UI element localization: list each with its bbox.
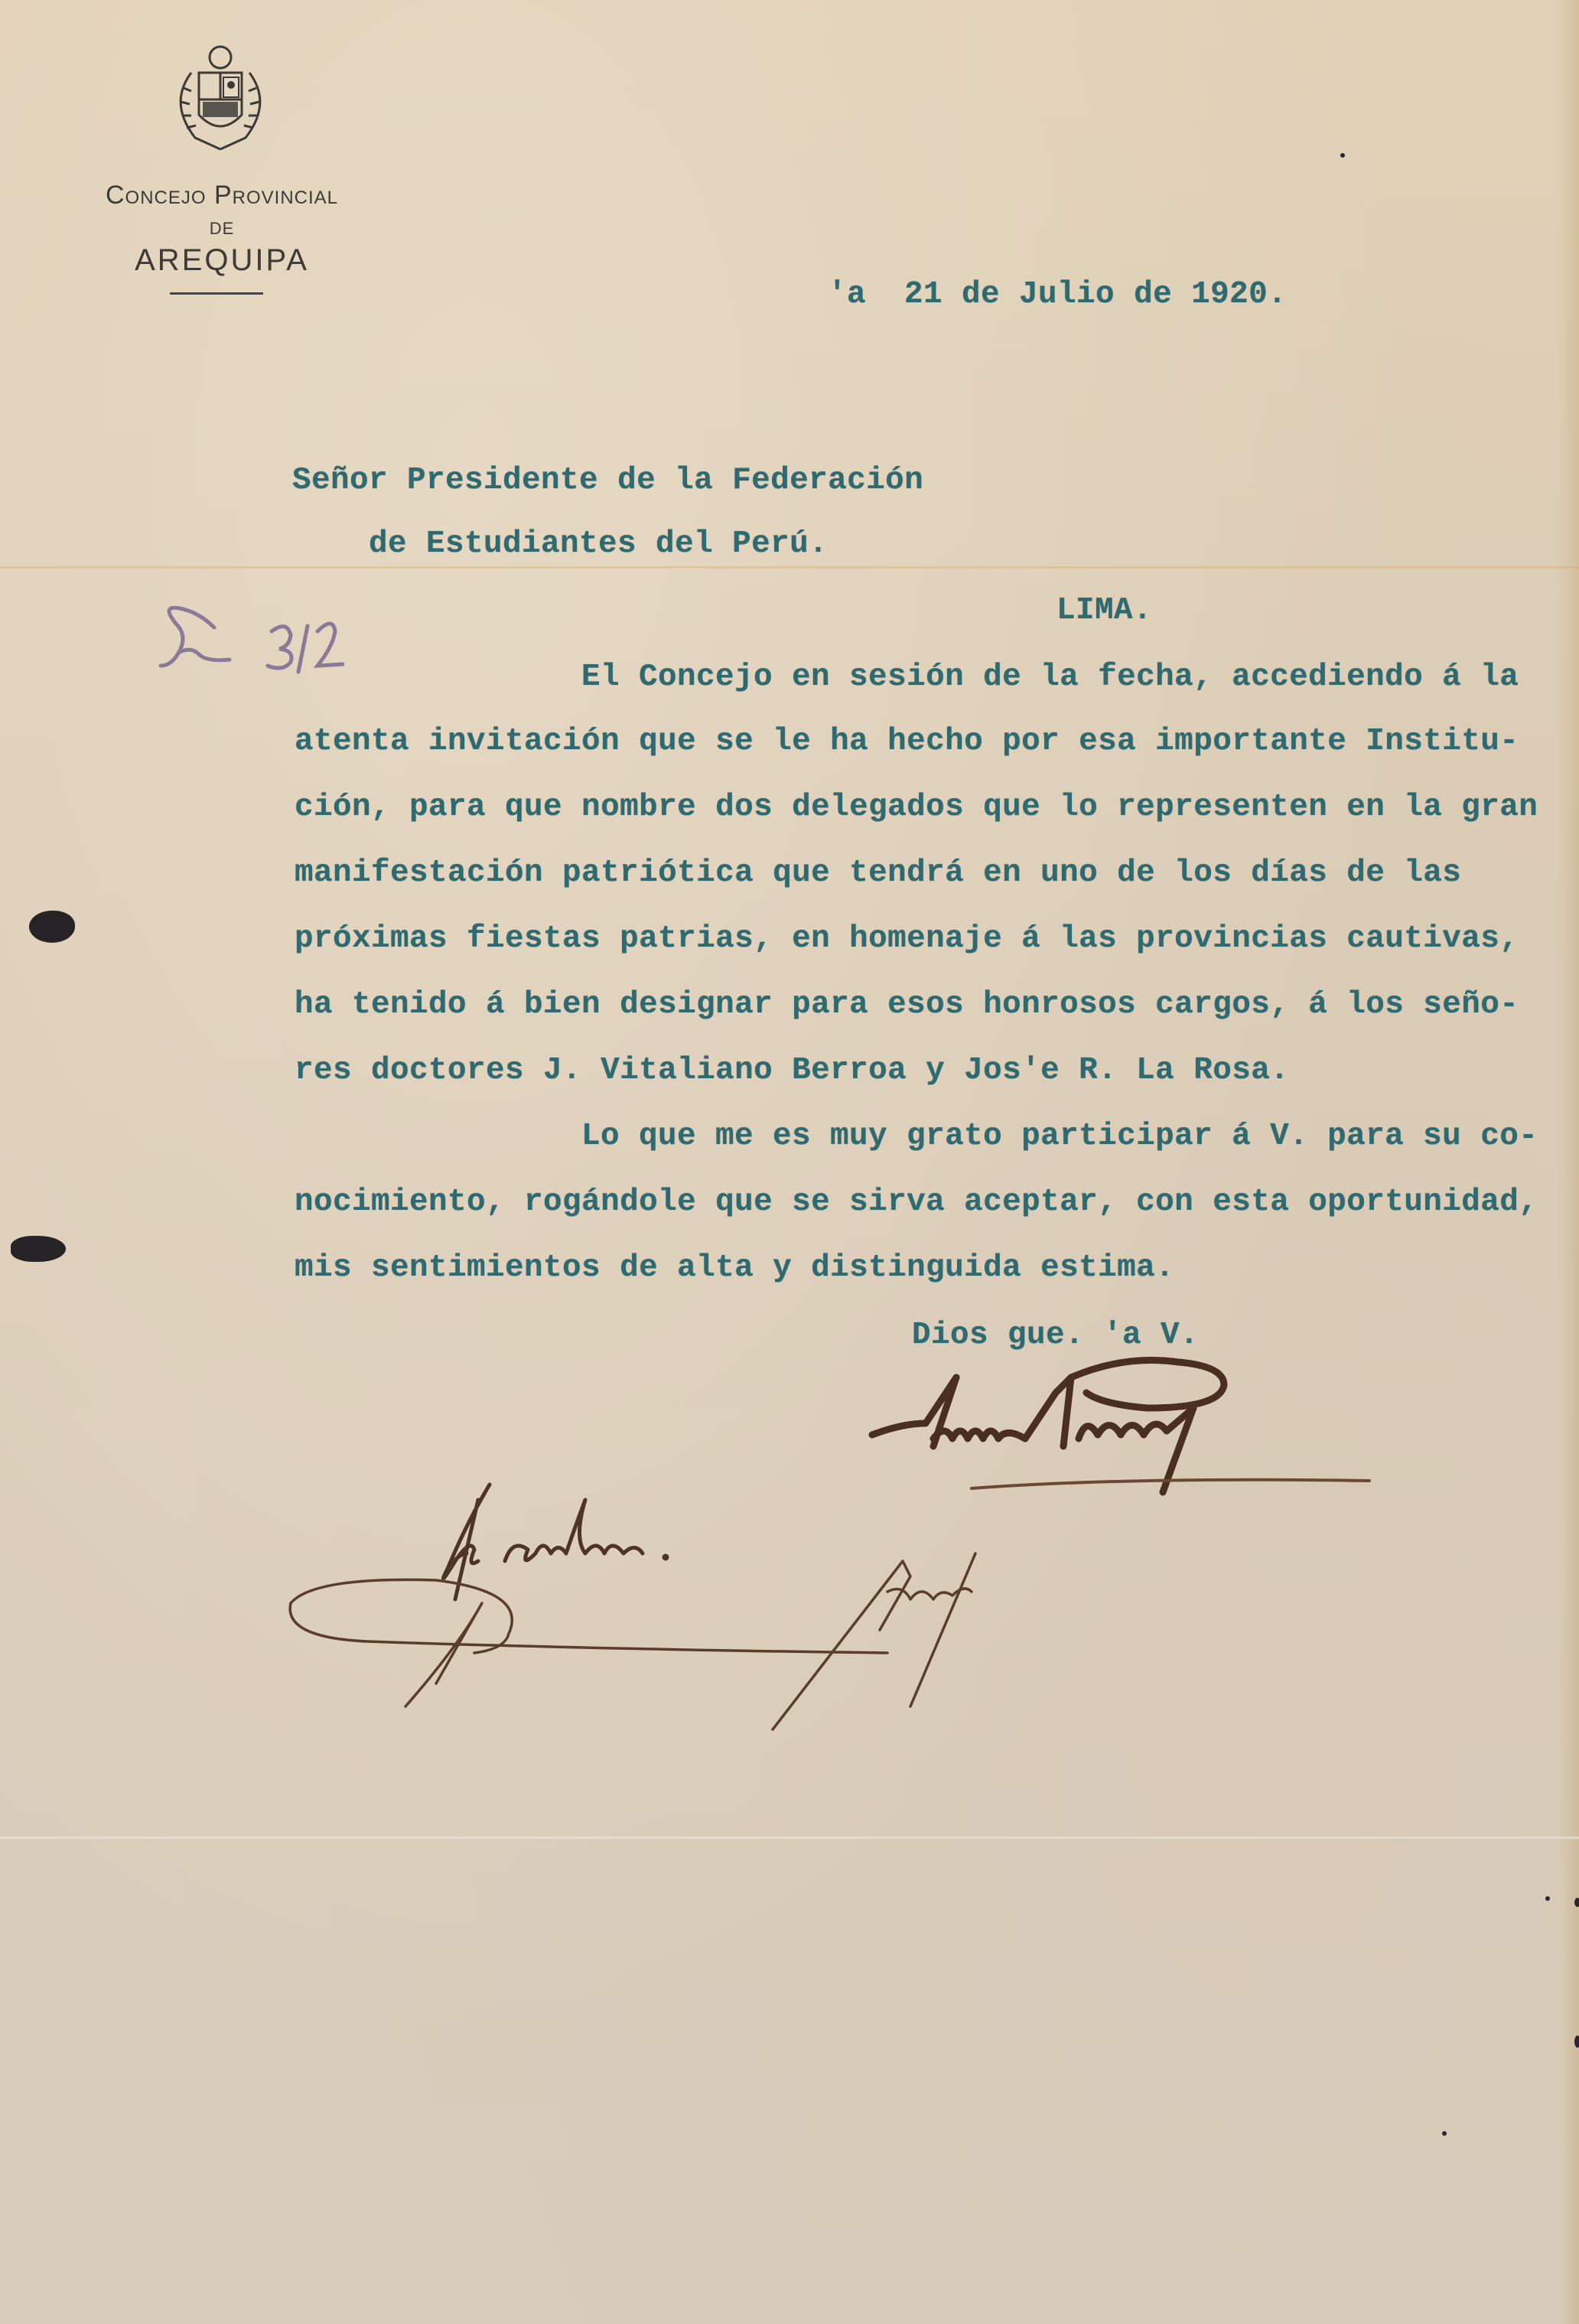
body-line: res doctores J. Vitaliano Berroa y Jos'e… <box>295 1053 1289 1088</box>
ink-speck <box>1545 1896 1550 1901</box>
ink-speck <box>1574 1898 1579 1907</box>
fold-line <box>0 1837 1579 1839</box>
body-line: El Concejo en sesión de la fecha, accedi… <box>581 660 1519 695</box>
ink-speck <box>1442 2131 1447 2136</box>
body-line: manifestación patriótica que tendrá en u… <box>295 856 1461 891</box>
punch-hole <box>29 911 75 943</box>
body-line: mis sentimientos de alta y distinguida e… <box>295 1250 1174 1286</box>
ink-speck <box>1340 153 1345 158</box>
fold-line <box>0 566 1579 569</box>
recipient-line2: de Estudiantes del Perú. <box>369 526 828 562</box>
date-line: 'a 21 de Julio de 1920. <box>828 277 1287 312</box>
recipient-line1: Señor Presidente de la Federación <box>292 463 923 498</box>
letterhead-line1: Concejo Provincial <box>61 181 383 210</box>
paper-background <box>0 0 1579 2324</box>
punch-hole <box>11 1236 66 1262</box>
paper-edge <box>1558 0 1579 2324</box>
body-line: ción, para que nombre dos delegados que … <box>295 790 1538 825</box>
recipient-city: LIMA. <box>1056 593 1152 628</box>
coat-of-arms-icon <box>161 42 279 157</box>
body-line: nocimiento, rogándole que se sirva acept… <box>295 1185 1538 1220</box>
letterhead-line2: de <box>61 219 383 239</box>
letterhead-rule <box>170 292 263 295</box>
body-line: ha tenido á bien designar para esos honr… <box>295 987 1519 1022</box>
body-line: próximas fiestas patrias, en homenaje á … <box>295 921 1519 957</box>
letterhead-city: AREQUIPA <box>61 243 383 278</box>
archive-annotation-signature <box>283 1477 1132 1745</box>
body-line: Lo que me es muy grato participar á V. p… <box>581 1119 1538 1154</box>
ink-speck <box>1574 2036 1579 2048</box>
margin-note-312 <box>145 589 344 681</box>
body-line: atenta invitación que se le ha hecho por… <box>295 724 1519 759</box>
